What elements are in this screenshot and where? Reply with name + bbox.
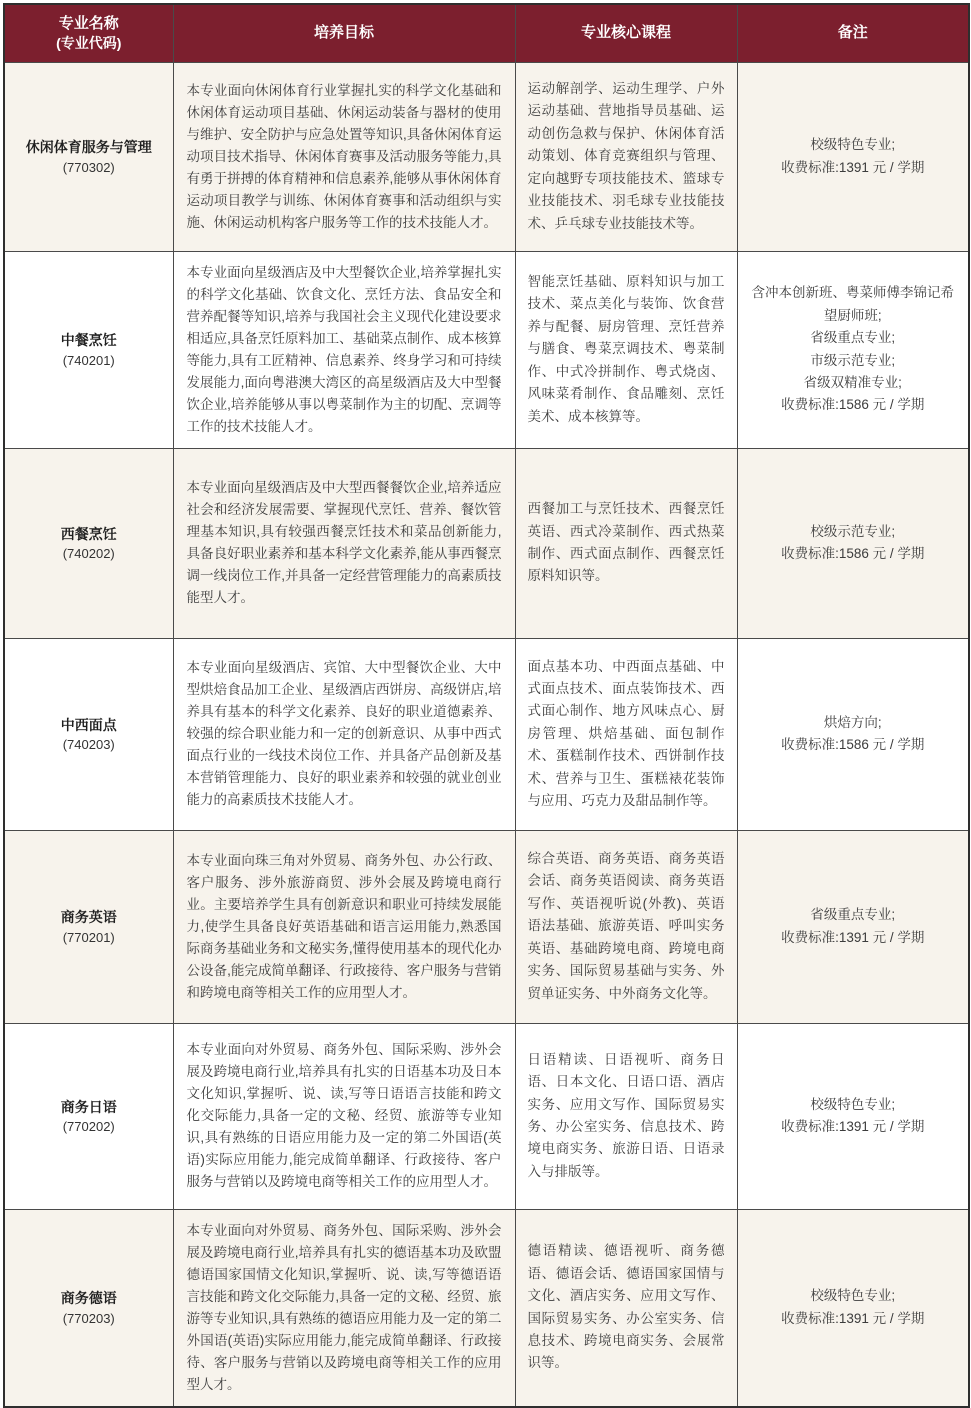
- remarks: 校级示范专业; 收费标准:1586 元 / 学期: [737, 448, 969, 638]
- major-name-cell: 商务日语 (770202): [4, 1023, 173, 1209]
- remarks: 校级特色专业; 收费标准:1391 元 / 学期: [737, 1023, 969, 1209]
- major-name: 商务德语: [9, 1289, 169, 1309]
- major-name: 商务日语: [9, 1098, 169, 1118]
- core-courses: 综合英语、商务英语、商务英语会话、商务英语阅读、商务英语写作、英语视听说(外教)…: [515, 830, 737, 1023]
- training-objective: 本专业面向珠三角对外贸易、商务外包、办公行政、客户服务、涉外旅游商贸、涉外会展及…: [173, 830, 515, 1023]
- table-row: 商务英语 (770201) 本专业面向珠三角对外贸易、商务外包、办公行政、客户服…: [4, 830, 969, 1023]
- remarks: 含冲本创新班、粤菜师傅李锦记希望厨师班; 省级重点专业; 市级示范专业; 省级双…: [737, 251, 969, 448]
- table-row: 中西面点 (740203) 本专业面向星级酒店、宾馆、大中型餐饮企业、大中型烘焙…: [4, 638, 969, 830]
- major-code: (770302): [9, 160, 169, 175]
- remarks: 烘焙方向; 收费标准:1586 元 / 学期: [737, 638, 969, 830]
- major-name: 西餐烹饪: [9, 525, 169, 545]
- major-name-cell: 商务英语 (770201): [4, 830, 173, 1023]
- majors-table: 专业名称 (专业代码) 培养目标 专业核心课程 备注 休闲体育服务与管理 (77…: [3, 3, 970, 1408]
- header-remarks: 备注: [737, 4, 969, 62]
- core-courses: 德语精读、德语视听、商务德语、德语会话、德语国家国情与文化、酒店实务、应用文写作…: [515, 1209, 737, 1407]
- major-name: 中西面点: [9, 716, 169, 736]
- major-code: (740203): [9, 737, 169, 752]
- training-objective: 本专业面向对外贸易、商务外包、国际采购、涉外会展及跨境电商行业,培养具有扎实的德…: [173, 1209, 515, 1407]
- core-courses: 日语精读、日语视听、商务日语、日本文化、日语口语、酒店实务、应用文写作、国际贸易…: [515, 1023, 737, 1209]
- header-major-name-line1: 专业名称: [7, 14, 171, 34]
- remarks: 校级特色专业; 收费标准:1391 元 / 学期: [737, 62, 969, 251]
- table-body: 休闲体育服务与管理 (770302) 本专业面向休闲体育行业掌握扎实的科学文化基…: [4, 62, 969, 1407]
- major-code: (740202): [9, 546, 169, 561]
- major-name-cell: 中西面点 (740203): [4, 638, 173, 830]
- header-major-name: 专业名称 (专业代码): [4, 4, 173, 62]
- table-row: 西餐烹饪 (740202) 本专业面向星级酒店及中大型西餐餐饮企业,培养适应社会…: [4, 448, 969, 638]
- table-row: 商务德语 (770203) 本专业面向对外贸易、商务外包、国际采购、涉外会展及跨…: [4, 1209, 969, 1407]
- major-name-cell: 商务德语 (770203): [4, 1209, 173, 1407]
- core-courses: 智能烹饪基础、原料知识与加工技术、菜点美化与装饰、饮食营养与配餐、厨房管理、烹饪…: [515, 251, 737, 448]
- major-code: (740201): [9, 353, 169, 368]
- major-name-cell: 休闲体育服务与管理 (770302): [4, 62, 173, 251]
- major-name: 中餐烹饪: [9, 331, 169, 351]
- core-courses: 面点基本功、中西面点基础、中式面点技术、面点装饰技术、西式面心制作、地方风味点心…: [515, 638, 737, 830]
- core-courses: 西餐加工与烹饪技术、西餐烹饪英语、西式冷菜制作、西式热菜制作、西式面点制作、西餐…: [515, 448, 737, 638]
- table-row: 休闲体育服务与管理 (770302) 本专业面向休闲体育行业掌握扎实的科学文化基…: [4, 62, 969, 251]
- major-code: (770201): [9, 930, 169, 945]
- table-row: 中餐烹饪 (740201) 本专业面向星级酒店及中大型餐饮企业,培养掌握扎实的科…: [4, 251, 969, 448]
- header-row: 专业名称 (专业代码) 培养目标 专业核心课程 备注: [4, 4, 969, 62]
- table-header: 专业名称 (专业代码) 培养目标 专业核心课程 备注: [4, 4, 969, 62]
- major-name: 商务英语: [9, 908, 169, 928]
- header-major-code-line2: (专业代码): [7, 34, 171, 53]
- header-courses: 专业核心课程: [515, 4, 737, 62]
- training-objective: 本专业面向星级酒店及中大型西餐餐饮企业,培养适应社会和经济发展需要、掌握现代烹饪…: [173, 448, 515, 638]
- table-row: 商务日语 (770202) 本专业面向对外贸易、商务外包、国际采购、涉外会展及跨…: [4, 1023, 969, 1209]
- training-objective: 本专业面向休闲体育行业掌握扎实的科学文化基础和休闲体育运动项目基础、休闲运动装备…: [173, 62, 515, 251]
- core-courses: 运动解剖学、运动生理学、户外运动基础、营地指导员基础、运动创伤急救与保护、休闲体…: [515, 62, 737, 251]
- major-name: 休闲体育服务与管理: [9, 138, 169, 158]
- major-name-cell: 中餐烹饪 (740201): [4, 251, 173, 448]
- header-objective: 培养目标: [173, 4, 515, 62]
- training-objective: 本专业面向星级酒店及中大型餐饮企业,培养掌握扎实的科学文化基础、饮食文化、烹饪方…: [173, 251, 515, 448]
- remarks: 省级重点专业; 收费标准:1391 元 / 学期: [737, 830, 969, 1023]
- major-code: (770203): [9, 1311, 169, 1326]
- major-name-cell: 西餐烹饪 (740202): [4, 448, 173, 638]
- remarks: 校级特色专业; 收费标准:1391 元 / 学期: [737, 1209, 969, 1407]
- training-objective: 本专业面向对外贸易、商务外包、国际采购、涉外会展及跨境电商行业,培养具有扎实的日…: [173, 1023, 515, 1209]
- training-objective: 本专业面向星级酒店、宾馆、大中型餐饮企业、大中型烘焙食品加工企业、星级酒店西饼房…: [173, 638, 515, 830]
- majors-table-page: 专业名称 (专业代码) 培养目标 专业核心课程 备注 休闲体育服务与管理 (77…: [0, 0, 971, 1389]
- major-code: (770202): [9, 1119, 169, 1134]
